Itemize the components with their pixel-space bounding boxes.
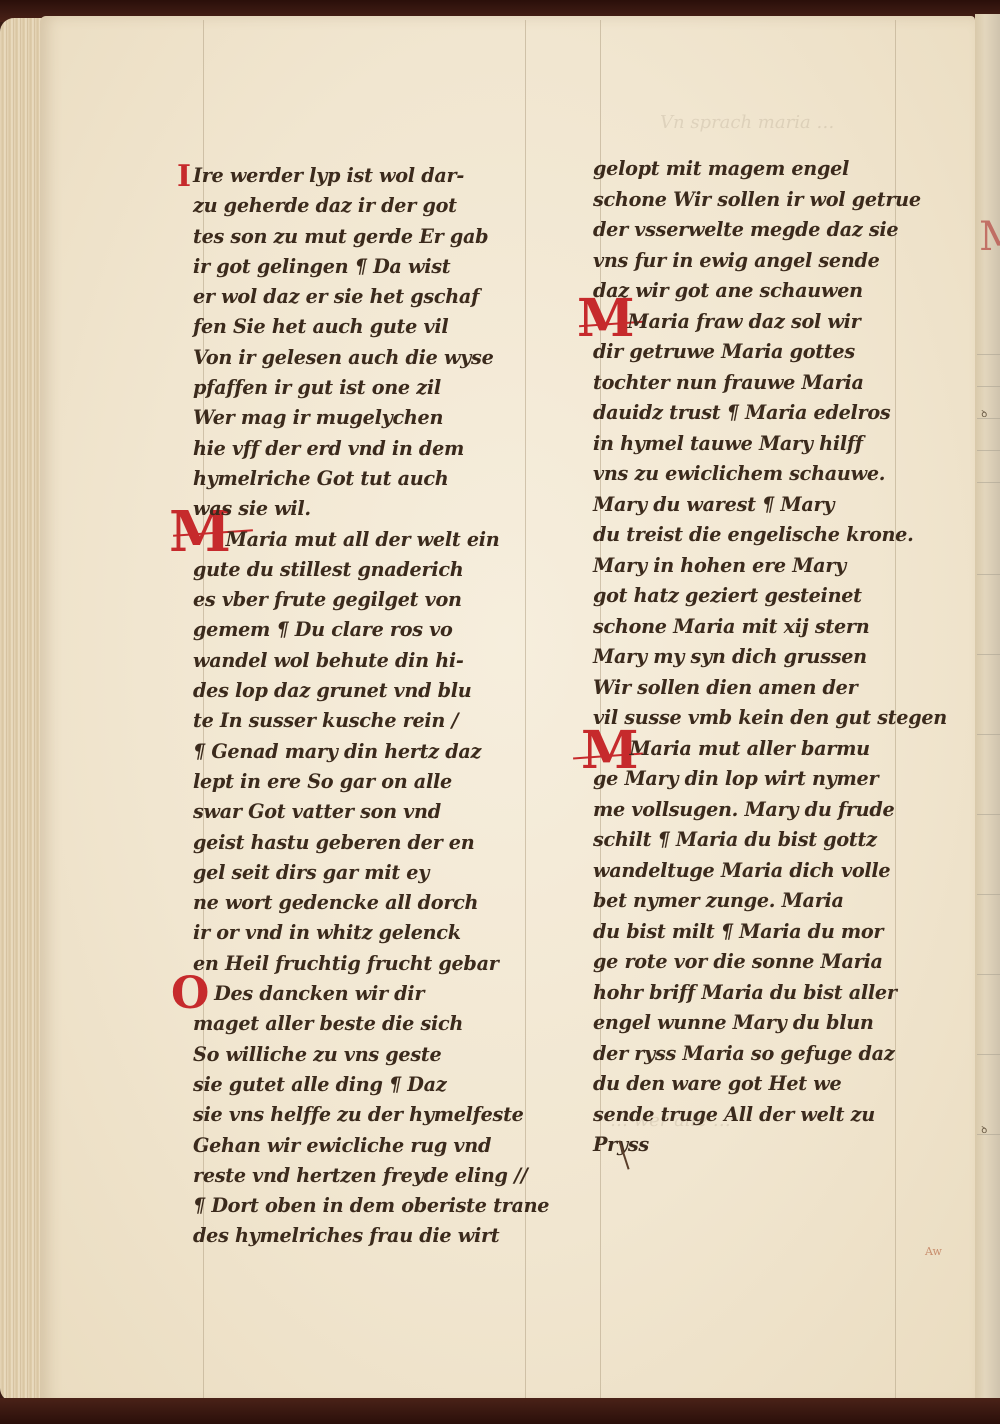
text-line: dauidz trust ¶ Maria edelros (593, 397, 915, 428)
text-line: bet nymer zunge. Maria (593, 885, 915, 916)
text-line: ge rote vor die sonne Maria (593, 946, 915, 977)
facing-page-initial: M (979, 214, 1000, 260)
text-line: fen Sie het auch gute vil (193, 311, 539, 341)
text-line: hymelriche Got tut auch (193, 463, 539, 493)
text-line: schone Wir sollen ir wol getrue (593, 184, 915, 215)
book-binding-bottom (0, 1398, 1000, 1424)
text-line: hohr briff Maria du bist aller (593, 977, 915, 1008)
facing-page-edge: M ꝺ ꝺ (975, 14, 1000, 1408)
text-line: der vsserwelte megde daz sie (593, 214, 915, 245)
text-line: hie vff der erd vnd in dem (193, 433, 539, 463)
text-line: daz wir got ane schauwen (593, 275, 915, 306)
text-line: Maria mut all der welt ein (193, 524, 539, 554)
text-line: sie vns helffe zu der hymelfeste (193, 1099, 539, 1129)
text-line: pfaffen ir gut ist one zil (193, 372, 539, 402)
text-line: ir got gelingen ¶ Da wist (193, 251, 539, 281)
text-line: der ryss Maria so gefuge daz (593, 1038, 915, 1069)
text-line: te In susser kusche rein / (193, 705, 539, 735)
ruling-line (977, 574, 1000, 575)
text-line: lept in ere So gar on alle (193, 766, 539, 796)
text-line: du den ware got Het we (593, 1068, 915, 1099)
ruling-line (977, 974, 1000, 975)
text-line: wandeltuge Maria dich volle (593, 855, 915, 886)
ruling-line (977, 450, 1000, 451)
text-line: got hatz geziert gesteinet (593, 580, 915, 611)
margin-mark: Aw (925, 1245, 942, 1258)
text-line: Des dancken wir dir (193, 978, 539, 1008)
text-line: gute du stillest gnaderich (193, 554, 539, 584)
ruling-line (977, 734, 1000, 735)
page-stack-edge (0, 18, 44, 1402)
text-line: en Heil fruchtig frucht gebar (193, 948, 539, 978)
ruling-line (977, 654, 1000, 655)
facing-page-text-fragment: ꝺ (980, 406, 988, 421)
text-line: er wol daz er sie het gschaf (193, 281, 539, 311)
text-line: vns fur in ewig angel sende (593, 245, 915, 276)
text-line: Von ir gelesen auch die wyse (193, 342, 539, 372)
text-line: schilt ¶ Maria du bist gottz (593, 824, 915, 855)
text-line: Wer mag ir mugelychen (193, 402, 539, 432)
text-column-left: I M O Ire werder lyp ist wol dar- zu geh… (193, 160, 553, 1251)
text-line: du treist die engelische krone. (593, 519, 915, 550)
text-line: Wir sollen dien amen der (593, 672, 915, 703)
text-line: dir getruwe Maria gottes (593, 336, 915, 367)
text-line: in hymel tauwe Mary hilff (593, 428, 915, 459)
text-line: gemem ¶ Du clare ros vo (193, 614, 539, 644)
text-line: Maria fraw daz sol wir (593, 306, 915, 337)
show-through-text: Vn sprach maria … (660, 112, 834, 133)
text-line: tes son zu mut gerde Er gab (193, 221, 539, 251)
text-line: gel seit dirs gar mit ey (193, 857, 539, 887)
text-line: me vollsugen. Mary du frude (593, 794, 915, 825)
text-line: Maria mut aller barmu (593, 733, 915, 764)
text-line: Gehan wir ewicliche rug vnd (193, 1130, 539, 1160)
text-line: maget aller beste die sich (193, 1008, 539, 1038)
text-line: schone Maria mit xij stern (593, 611, 915, 642)
text-line: swar Got vatter son vnd (193, 796, 539, 826)
text-line: reste vnd hertzen freyde eling // (193, 1160, 539, 1190)
text-line: es vber frute gegilget von (193, 584, 539, 614)
ruling-line (977, 814, 1000, 815)
text-line: du bist milt ¶ Maria du mor (593, 916, 915, 947)
text-line: Mary my syn dich grussen (593, 641, 915, 672)
text-line: vil susse vmb kein den gut stegen (593, 702, 915, 733)
ruling-line (977, 482, 1000, 483)
text-line: ge Mary din lop wirt nymer (593, 763, 915, 794)
text-line: Mary du warest ¶ Mary (593, 489, 915, 520)
text-line: Pryss (593, 1129, 915, 1160)
text-line: sie gutet alle ding ¶ Daz (193, 1069, 539, 1099)
text-line: engel wunne Mary du blun (593, 1007, 915, 1038)
text-line: gelopt mit magem engel (593, 153, 915, 184)
text-line: wandel wol behute din hi- (193, 645, 539, 675)
text-line: ¶ Dort oben in dem oberiste trane (193, 1190, 539, 1220)
text-line: des lop daz grunet vnd blu (193, 675, 539, 705)
text-line: tochter nun frauwe Maria (593, 367, 915, 398)
text-line: geist hastu geberen der en (193, 827, 539, 857)
text-line: vns zu ewiclichem schauwe. (593, 458, 915, 489)
text-line: des hymelriches frau die wirt (193, 1220, 539, 1250)
text-line: Ire werder lyp ist wol dar- (193, 160, 539, 190)
ruling-line (977, 1054, 1000, 1055)
facing-page-text-fragment: ꝺ (980, 1122, 988, 1137)
ruling-line (977, 354, 1000, 355)
text-line: ¶ Genad mary din hertz daz (193, 736, 539, 766)
rubricated-initial: I (177, 162, 191, 192)
text-line: So williche zu vns geste (193, 1039, 539, 1069)
ruling-line (977, 894, 1000, 895)
text-line: was sie wil. (193, 493, 539, 523)
ruling-line (977, 1134, 1000, 1135)
text-line: ir or vnd in whitz gelenck (193, 917, 539, 947)
ruling-line (977, 418, 1000, 419)
text-line: ne wort gedencke all dorch (193, 887, 539, 917)
text-line: Mary in hohen ere Mary (593, 550, 915, 581)
text-line: sende truge All der welt zu (593, 1099, 915, 1130)
ruling-line (977, 386, 1000, 387)
text-column-right: M M gelopt mit magem engel schone Wir so… (593, 153, 928, 1160)
text-line: zu geherde daz ir der got (193, 190, 539, 220)
